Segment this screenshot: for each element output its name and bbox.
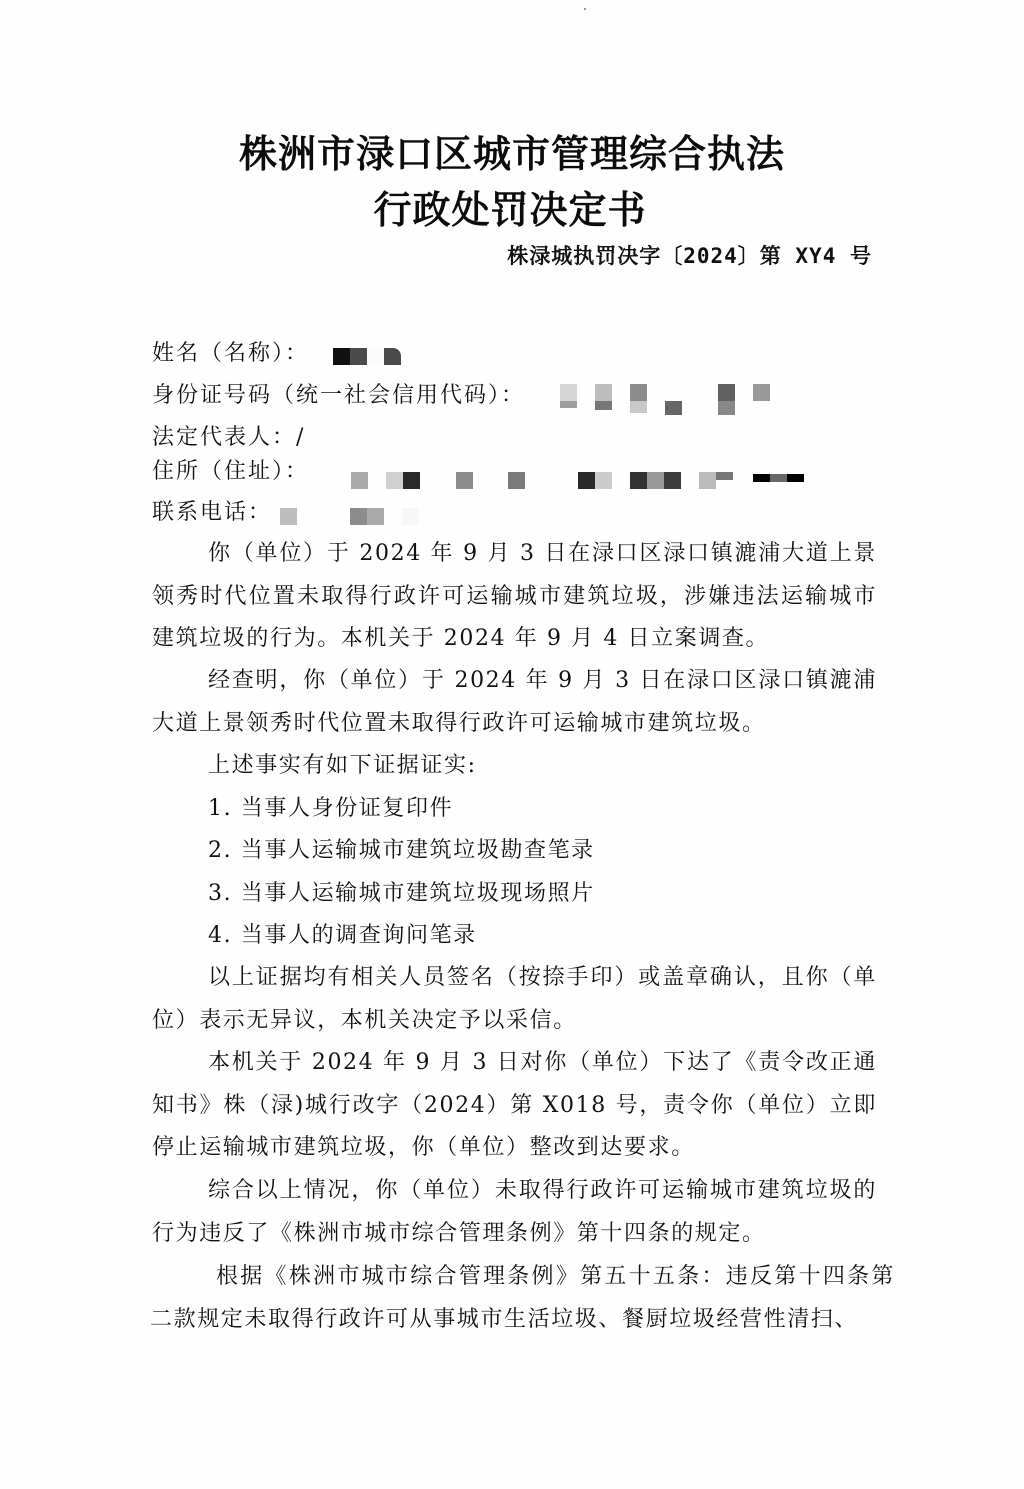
address-redaction: [333, 472, 813, 492]
paragraph-legal-basis: 根据《株洲市城市综合管理条例》第五十五条：违反第十四条第二款规定未取得行政许可从…: [150, 1256, 895, 1341]
evidence-item: 3. 当事人运输城市建筑垃圾现场照片: [152, 873, 877, 916]
paragraph-text: 本机关于 2024 年 9 月 3 日对你（单位）下达了《责令改正通知书》株（渌…: [152, 1042, 877, 1170]
paragraph-case-filing: 你（单位）于 2024 年 9 月 3 日在渌口区渌口镇漉浦大道上景领秀时代位置…: [152, 533, 877, 661]
evidence-section: 上述事实有如下证据证实: 1. 当事人身份证复印件 2. 当事人运输城市建筑垃圾…: [152, 745, 877, 958]
evidence-item: 2. 当事人运输城市建筑垃圾勘查笔录: [152, 830, 877, 873]
paragraph-text: 经查明，你（单位）于 2024 年 9 月 3 日在渌口区渌口镇漉浦大道上景领秀…: [152, 660, 877, 745]
id-redaction: [560, 384, 772, 418]
phone-redaction: [280, 508, 430, 525]
document-title-line1: 株洲市渌口区城市管理综合执法: [0, 123, 1024, 178]
evidence-item: 1. 当事人身份证复印件: [152, 788, 877, 831]
id-label: 身份证号码（统一社会信用代码）：: [152, 380, 525, 412]
evidence-intro: 上述事实有如下证据证实:: [152, 745, 877, 788]
scan-artifact: [584, 8, 586, 10]
paragraph-violation: 综合以上情况，你（单位）未取得行政许可运输城市建筑垃圾的行为违反了《株洲市城市综…: [152, 1170, 877, 1255]
document-number: 株渌城执罚决字〔2024〕第 XY4 号: [507, 240, 872, 270]
document-page: 株洲市渌口区城市管理综合执法 行政处罚决定书 株渌城执罚决字〔2024〕第 XY…: [0, 0, 1024, 1489]
paragraph-text: 根据《株洲市城市综合管理条例》第五十五条：违反第十四条第二款规定未取得行政许可从…: [150, 1256, 895, 1341]
name-field: 姓名（名称）：: [152, 338, 309, 370]
evidence-item: 4. 当事人的调查询问笔录: [152, 915, 877, 958]
paragraph-text: 以上证据均有相关人员签名（按捺手印）或盖章确认，且你（单位）表示无异议，本机关决…: [152, 957, 877, 1042]
paragraph-text: 你（单位）于 2024 年 9 月 3 日在渌口区渌口镇漉浦大道上景领秀时代位置…: [152, 533, 877, 661]
name-label: 姓名（名称）：: [152, 338, 309, 370]
address-field: 住所（住址）：: [152, 456, 309, 488]
paragraph-correction-notice: 本机关于 2024 年 9 月 3 日对你（单位）下达了《责令改正通知书》株（渌…: [152, 1042, 877, 1170]
paragraph-findings: 经查明，你（单位）于 2024 年 9 月 3 日在渌口区渌口镇漉浦大道上景领秀…: [152, 660, 877, 745]
phone-label: 联系电话：: [152, 497, 272, 529]
paragraph-evidence-adoption: 以上证据均有相关人员签名（按捺手印）或盖章确认，且你（单位）表示无异议，本机关决…: [152, 957, 877, 1042]
paragraph-text: 综合以上情况，你（单位）未取得行政许可运输城市建筑垃圾的行为违反了《株洲市城市综…: [152, 1170, 877, 1255]
document-title-line2: 行政处罚决定书: [0, 179, 1022, 234]
name-redaction: [333, 348, 401, 365]
address-label: 住所（住址）：: [152, 456, 309, 488]
id-field: 身份证号码（统一社会信用代码）：: [152, 380, 525, 412]
legal-representative-field: 法定代表人：/: [152, 422, 305, 454]
phone-field: 联系电话：: [152, 497, 272, 529]
